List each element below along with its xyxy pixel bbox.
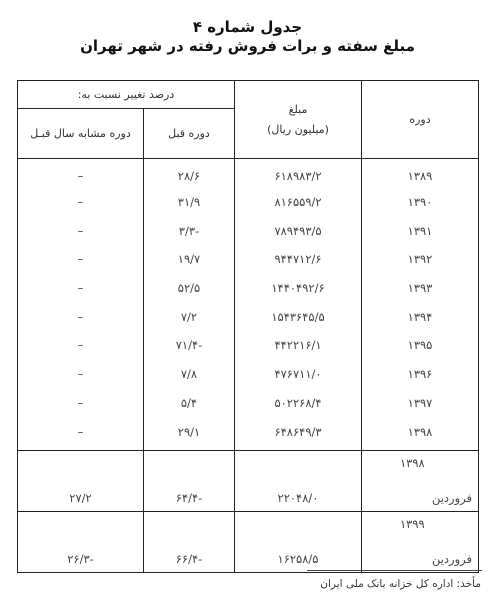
amount-cell: ۱۵۴۳۶۴۵/۵ xyxy=(235,302,362,331)
header-amount: مبلغ (میلیون ریال) xyxy=(235,81,362,159)
period-month: فروردین xyxy=(362,491,478,505)
period-cell: ۱۳۹۶ xyxy=(362,360,479,389)
yoy-change-cell: – xyxy=(18,417,144,450)
period-month: فروردین xyxy=(362,552,478,566)
period-cell: ۱۳۹۹ فروردین xyxy=(362,511,479,572)
table-row: ۱۳۹۳ ۱۴۴۰۴۹۲/۶ ۵۲/۵ – xyxy=(18,274,479,303)
promissory-notes-table: دوره مبلغ (میلیون ریال) درصد تغییر نسبت … xyxy=(17,80,479,573)
table-row: ۱۳۸۹ ۶۱۸۹۸۳/۲ ۲۸/۶ – xyxy=(18,159,479,188)
source-note: مأخذ: اداره کل خزانه بانک ملی ایران xyxy=(320,578,481,590)
header-prev-period: دوره قبل xyxy=(144,109,235,159)
amount-cell: ۶۴۸۶۴۹/۳ xyxy=(235,417,362,450)
prev-change-cell: ۷/۸ xyxy=(144,360,235,389)
prev-change-cell: ۷/۲ xyxy=(144,302,235,331)
table-title: مبلغ سفته و برات فروش رفته در شهر تهران xyxy=(0,36,495,56)
amount-cell: ۷۸۹۴۹۳/۵ xyxy=(235,216,362,245)
period-cell: ۱۳۹۴ xyxy=(362,302,479,331)
prev-change-cell: ۵/۴ xyxy=(144,389,235,418)
table-row: ۱۳۹۹ فروردین ۱۶۲۵۸/۵ -۶۶/۴ -۲۶/۳ xyxy=(18,511,479,572)
prev-change-cell: -۷۱/۴ xyxy=(144,331,235,360)
prev-change-cell: ۱۹/۷ xyxy=(144,245,235,274)
header-amount-label: مبلغ xyxy=(235,100,361,120)
prev-change-cell: ۵۲/۵ xyxy=(144,274,235,303)
table-row: ۱۳۹۶ ۴۷۶۷۱۱/۰ ۷/۸ – xyxy=(18,360,479,389)
period-cell: ۱۳۸۹ xyxy=(362,159,479,188)
header-change-group: درصد تغییر نسبت به: xyxy=(18,81,235,109)
yoy-change-cell: ۲۷/۲ xyxy=(18,450,144,511)
amount-cell: ۹۴۴۷۱۲/۶ xyxy=(235,245,362,274)
period-cell: ۱۳۹۳ xyxy=(362,274,479,303)
table-row: ۱۳۹۸ ۶۴۸۶۴۹/۳ ۲۹/۱ – xyxy=(18,417,479,450)
header-same-period-last-year: دوره مشابه سال قبـل xyxy=(18,109,144,159)
amount-cell: ۱۶۲۵۸/۵ xyxy=(235,511,362,572)
amount-cell: ۴۷۶۷۱۱/۰ xyxy=(235,360,362,389)
footnote-divider xyxy=(307,570,482,571)
period-year: ۱۳۹۸ xyxy=(400,456,425,470)
amount-cell: ۸۱۶۵۵۹/۲ xyxy=(235,188,362,217)
table-row: ۱۳۹۴ ۱۵۴۳۶۴۵/۵ ۷/۲ – xyxy=(18,302,479,331)
prev-change-cell: ۲۸/۶ xyxy=(144,159,235,188)
yoy-change-cell: – xyxy=(18,331,144,360)
period-cell: ۱۳۹۰ xyxy=(362,188,479,217)
prev-change-cell: ۳۱/۹ xyxy=(144,188,235,217)
period-cell: ۱۳۹۱ xyxy=(362,216,479,245)
amount-cell: ۲۲۰۴۸/۰ xyxy=(235,450,362,511)
amount-cell: ۵۰۲۲۶۸/۴ xyxy=(235,389,362,418)
table-row: ۱۳۹۰ ۸۱۶۵۵۹/۲ ۳۱/۹ – xyxy=(18,188,479,217)
yoy-change-cell: – xyxy=(18,159,144,188)
table-row: ۱۳۹۸ فروردین ۲۲۰۴۸/۰ -۶۴/۴ ۲۷/۲ xyxy=(18,450,479,511)
yoy-change-cell: – xyxy=(18,389,144,418)
prev-change-cell: -۶۴/۴ xyxy=(144,450,235,511)
monthly-rows: ۱۳۹۸ فروردین ۲۲۰۴۸/۰ -۶۴/۴ ۲۷/۲ ۱۳۹۹ فرو… xyxy=(18,450,479,572)
table-number-title: جدول شماره ۴ xyxy=(0,17,495,37)
yoy-change-cell: -۲۶/۳ xyxy=(18,511,144,572)
yoy-change-cell: – xyxy=(18,216,144,245)
prev-change-cell: ۲۹/۱ xyxy=(144,417,235,450)
yoy-change-cell: – xyxy=(18,188,144,217)
yoy-change-cell: – xyxy=(18,302,144,331)
prev-change-cell: -۳/۳ xyxy=(144,216,235,245)
yoy-change-cell: – xyxy=(18,274,144,303)
annual-rows: ۱۳۸۹ ۶۱۸۹۸۳/۲ ۲۸/۶ – ۱۳۹۰ ۸۱۶۵۵۹/۲ ۳۱/۹ … xyxy=(18,159,479,451)
period-cell: ۱۳۹۸ فروردین xyxy=(362,450,479,511)
period-cell: ۱۳۹۵ xyxy=(362,331,479,360)
prev-change-cell: -۶۶/۴ xyxy=(144,511,235,572)
yoy-change-cell: – xyxy=(18,245,144,274)
amount-cell: ۴۴۲۲۱۶/۱ xyxy=(235,331,362,360)
header-period: دوره xyxy=(362,81,479,159)
amount-cell: ۶۱۸۹۸۳/۲ xyxy=(235,159,362,188)
table-row: ۱۳۹۵ ۴۴۲۲۱۶/۱ -۷۱/۴ – xyxy=(18,331,479,360)
table-row: ۱۳۹۷ ۵۰۲۲۶۸/۴ ۵/۴ – xyxy=(18,389,479,418)
period-year: ۱۳۹۹ xyxy=(400,517,425,531)
period-cell: ۱۳۹۲ xyxy=(362,245,479,274)
period-cell: ۱۳۹۷ xyxy=(362,389,479,418)
yoy-change-cell: – xyxy=(18,360,144,389)
period-cell: ۱۳۹۸ xyxy=(362,417,479,450)
table-row: ۱۳۹۱ ۷۸۹۴۹۳/۵ -۳/۳ – xyxy=(18,216,479,245)
header-amount-unit: (میلیون ریال) xyxy=(235,120,361,140)
table-row: ۱۳۹۲ ۹۴۴۷۱۲/۶ ۱۹/۷ – xyxy=(18,245,479,274)
amount-cell: ۱۴۴۰۴۹۲/۶ xyxy=(235,274,362,303)
